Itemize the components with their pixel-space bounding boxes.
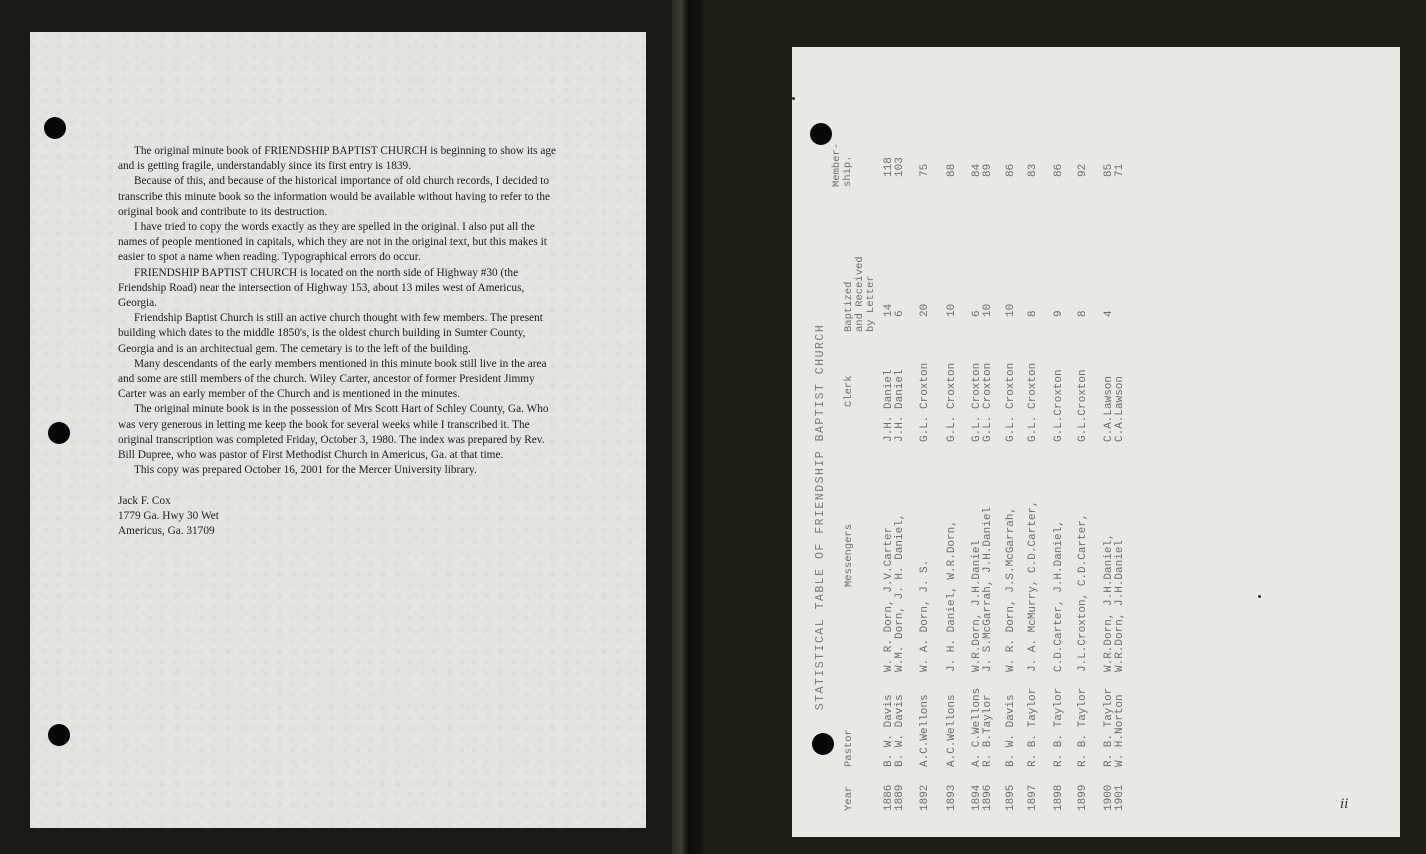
page-number: ii: [1340, 796, 1348, 813]
cell-year: 1896: [983, 785, 994, 811]
paragraph: Many descendants of the early members me…: [118, 357, 558, 403]
punch-hole: [44, 117, 66, 139]
binder-spine: [672, 0, 702, 854]
cell-year: 1901: [1115, 785, 1126, 811]
cell-messengers: J.L.Croxton, C.D.Carter,: [1078, 514, 1089, 672]
introduction-letter: The original minute book of FRIENDSHIP B…: [118, 144, 558, 539]
cell-year: 1889: [895, 785, 906, 811]
author-address-line2: Americus, Ga. 31709: [118, 524, 558, 539]
cell-baptized: 10: [983, 304, 994, 317]
cell-membership: 86: [1054, 164, 1065, 177]
cell-clerk: G.L. Croxton: [920, 363, 931, 442]
cell-baptized: 20: [920, 304, 931, 317]
cell-clerk: C.A.Lawson: [1115, 376, 1126, 442]
cell-membership: 103: [895, 157, 906, 177]
statistical-table-page: STATISTICAL TABLE OF FRIENDSHIP BAPTIST …: [792, 47, 1400, 837]
header-pastor: Pastor: [844, 729, 855, 767]
cell-clerk: J.H. Daniel: [895, 369, 906, 442]
cell-year: 1898: [1054, 785, 1065, 811]
cell-clerk: G.L.Croxton: [1054, 369, 1065, 442]
author-name: Jack F. Cox: [118, 494, 558, 509]
header-clerk: Clerk: [844, 375, 855, 407]
cell-membership: 88: [947, 164, 958, 177]
table-title: STATISTICAL TABLE OF FRIENDSHIP BAPTIST …: [814, 197, 827, 837]
cell-pastor: W. H.Norton: [1115, 694, 1126, 767]
cell-membership: 89: [983, 164, 994, 177]
cell-pastor: R. B. Taylor: [1078, 688, 1089, 767]
cell-clerk: G.L. Croxton: [947, 363, 958, 442]
cell-baptized: 4: [1104, 310, 1115, 317]
cell-pastor: B. W. Davis: [1006, 694, 1017, 767]
cell-messengers: W. A. Dorn, J. S.: [920, 560, 931, 672]
paragraph: Friendship Baptist Church is still an ac…: [118, 311, 558, 357]
punch-hole: [48, 724, 70, 746]
paragraph: I have tried to copy the words exactly a…: [118, 220, 558, 266]
paragraph: Because of this, and because of the hist…: [118, 174, 558, 220]
cell-baptized: 10: [1006, 304, 1017, 317]
cell-messengers: J. A. McMurry, C.D.Carter,: [1028, 500, 1039, 672]
cell-membership: 92: [1078, 164, 1089, 177]
cell-pastor: B. W. Davis: [895, 694, 906, 767]
cell-year: 1899: [1078, 785, 1089, 811]
speck: [792, 97, 795, 100]
cell-year: 1897: [1028, 785, 1039, 811]
cell-membership: 71: [1115, 164, 1126, 177]
cell-baptized: 8: [1078, 310, 1089, 317]
cell-messengers: W.M. Dorn, J. H. Daniel,: [895, 514, 906, 672]
cell-membership: 86: [1006, 164, 1017, 177]
cell-pastor: R. B. Taylor: [1054, 688, 1065, 767]
cell-clerk: G.L. Croxton: [1006, 363, 1017, 442]
cell-membership: 75: [920, 164, 931, 177]
cell-pastor: A.C.Wellons: [947, 694, 958, 767]
rotated-table: STATISTICAL TABLE OF FRIENDSHIP BAPTIST …: [792, 47, 1400, 837]
cell-year: 1892: [920, 785, 931, 811]
cell-baptized: 9: [1054, 310, 1065, 317]
cell-membership: 83: [1028, 164, 1039, 177]
cell-messengers: W. R. Dorn, J.S.McGarrah,: [1006, 507, 1017, 672]
cell-year: 1895: [1006, 785, 1017, 811]
introduction-page: The original minute book of FRIENDSHIP B…: [30, 32, 646, 828]
cell-pastor: R. B.Taylor: [983, 694, 994, 767]
cell-clerk: G.L. Croxton: [983, 363, 994, 442]
cell-clerk: G.L. Croxton: [1028, 363, 1039, 442]
cell-pastor: R. B. Taylor: [1028, 688, 1039, 767]
cell-messengers: C.D.Carter, J.H.Daniel,: [1054, 520, 1065, 672]
paragraph: The original minute book of FRIENDSHIP B…: [118, 144, 558, 174]
header-messengers: Messengers: [844, 524, 855, 587]
cell-pastor: A.C.Wellons: [920, 694, 931, 767]
speck: [1258, 595, 1261, 598]
paragraph: FRIENDSHIP BAPTIST CHURCH is located on …: [118, 266, 558, 312]
cell-baptized: 8: [1028, 310, 1039, 317]
cell-baptized: 6: [895, 310, 906, 317]
author-address-line1: 1779 Ga. Hwy 30 Wet: [118, 509, 558, 524]
paragraph: This copy was prepared October 16, 2001 …: [118, 463, 558, 478]
cell-baptized: 10: [947, 304, 958, 317]
cell-messengers: J. S.McGarrah, J.H.Daniel: [983, 507, 994, 672]
signature-block: Jack F. Cox 1779 Ga. Hwy 30 Wet Americus…: [118, 494, 558, 539]
header-year: Year: [844, 786, 855, 811]
cell-year: 1893: [947, 785, 958, 811]
paragraph: The original minute book is in the posse…: [118, 402, 558, 463]
cell-clerk: G.L.Croxton: [1078, 369, 1089, 442]
cell-messengers: W.R.Dorn, J.H.Daniel: [1115, 540, 1126, 672]
header-baptized: Baptized and Received by Letter: [844, 256, 877, 332]
cell-messengers: J. H. Daniel, W.R.Dorn,: [947, 520, 958, 672]
header-membership: Member- ship.: [832, 143, 854, 187]
punch-hole: [48, 422, 70, 444]
